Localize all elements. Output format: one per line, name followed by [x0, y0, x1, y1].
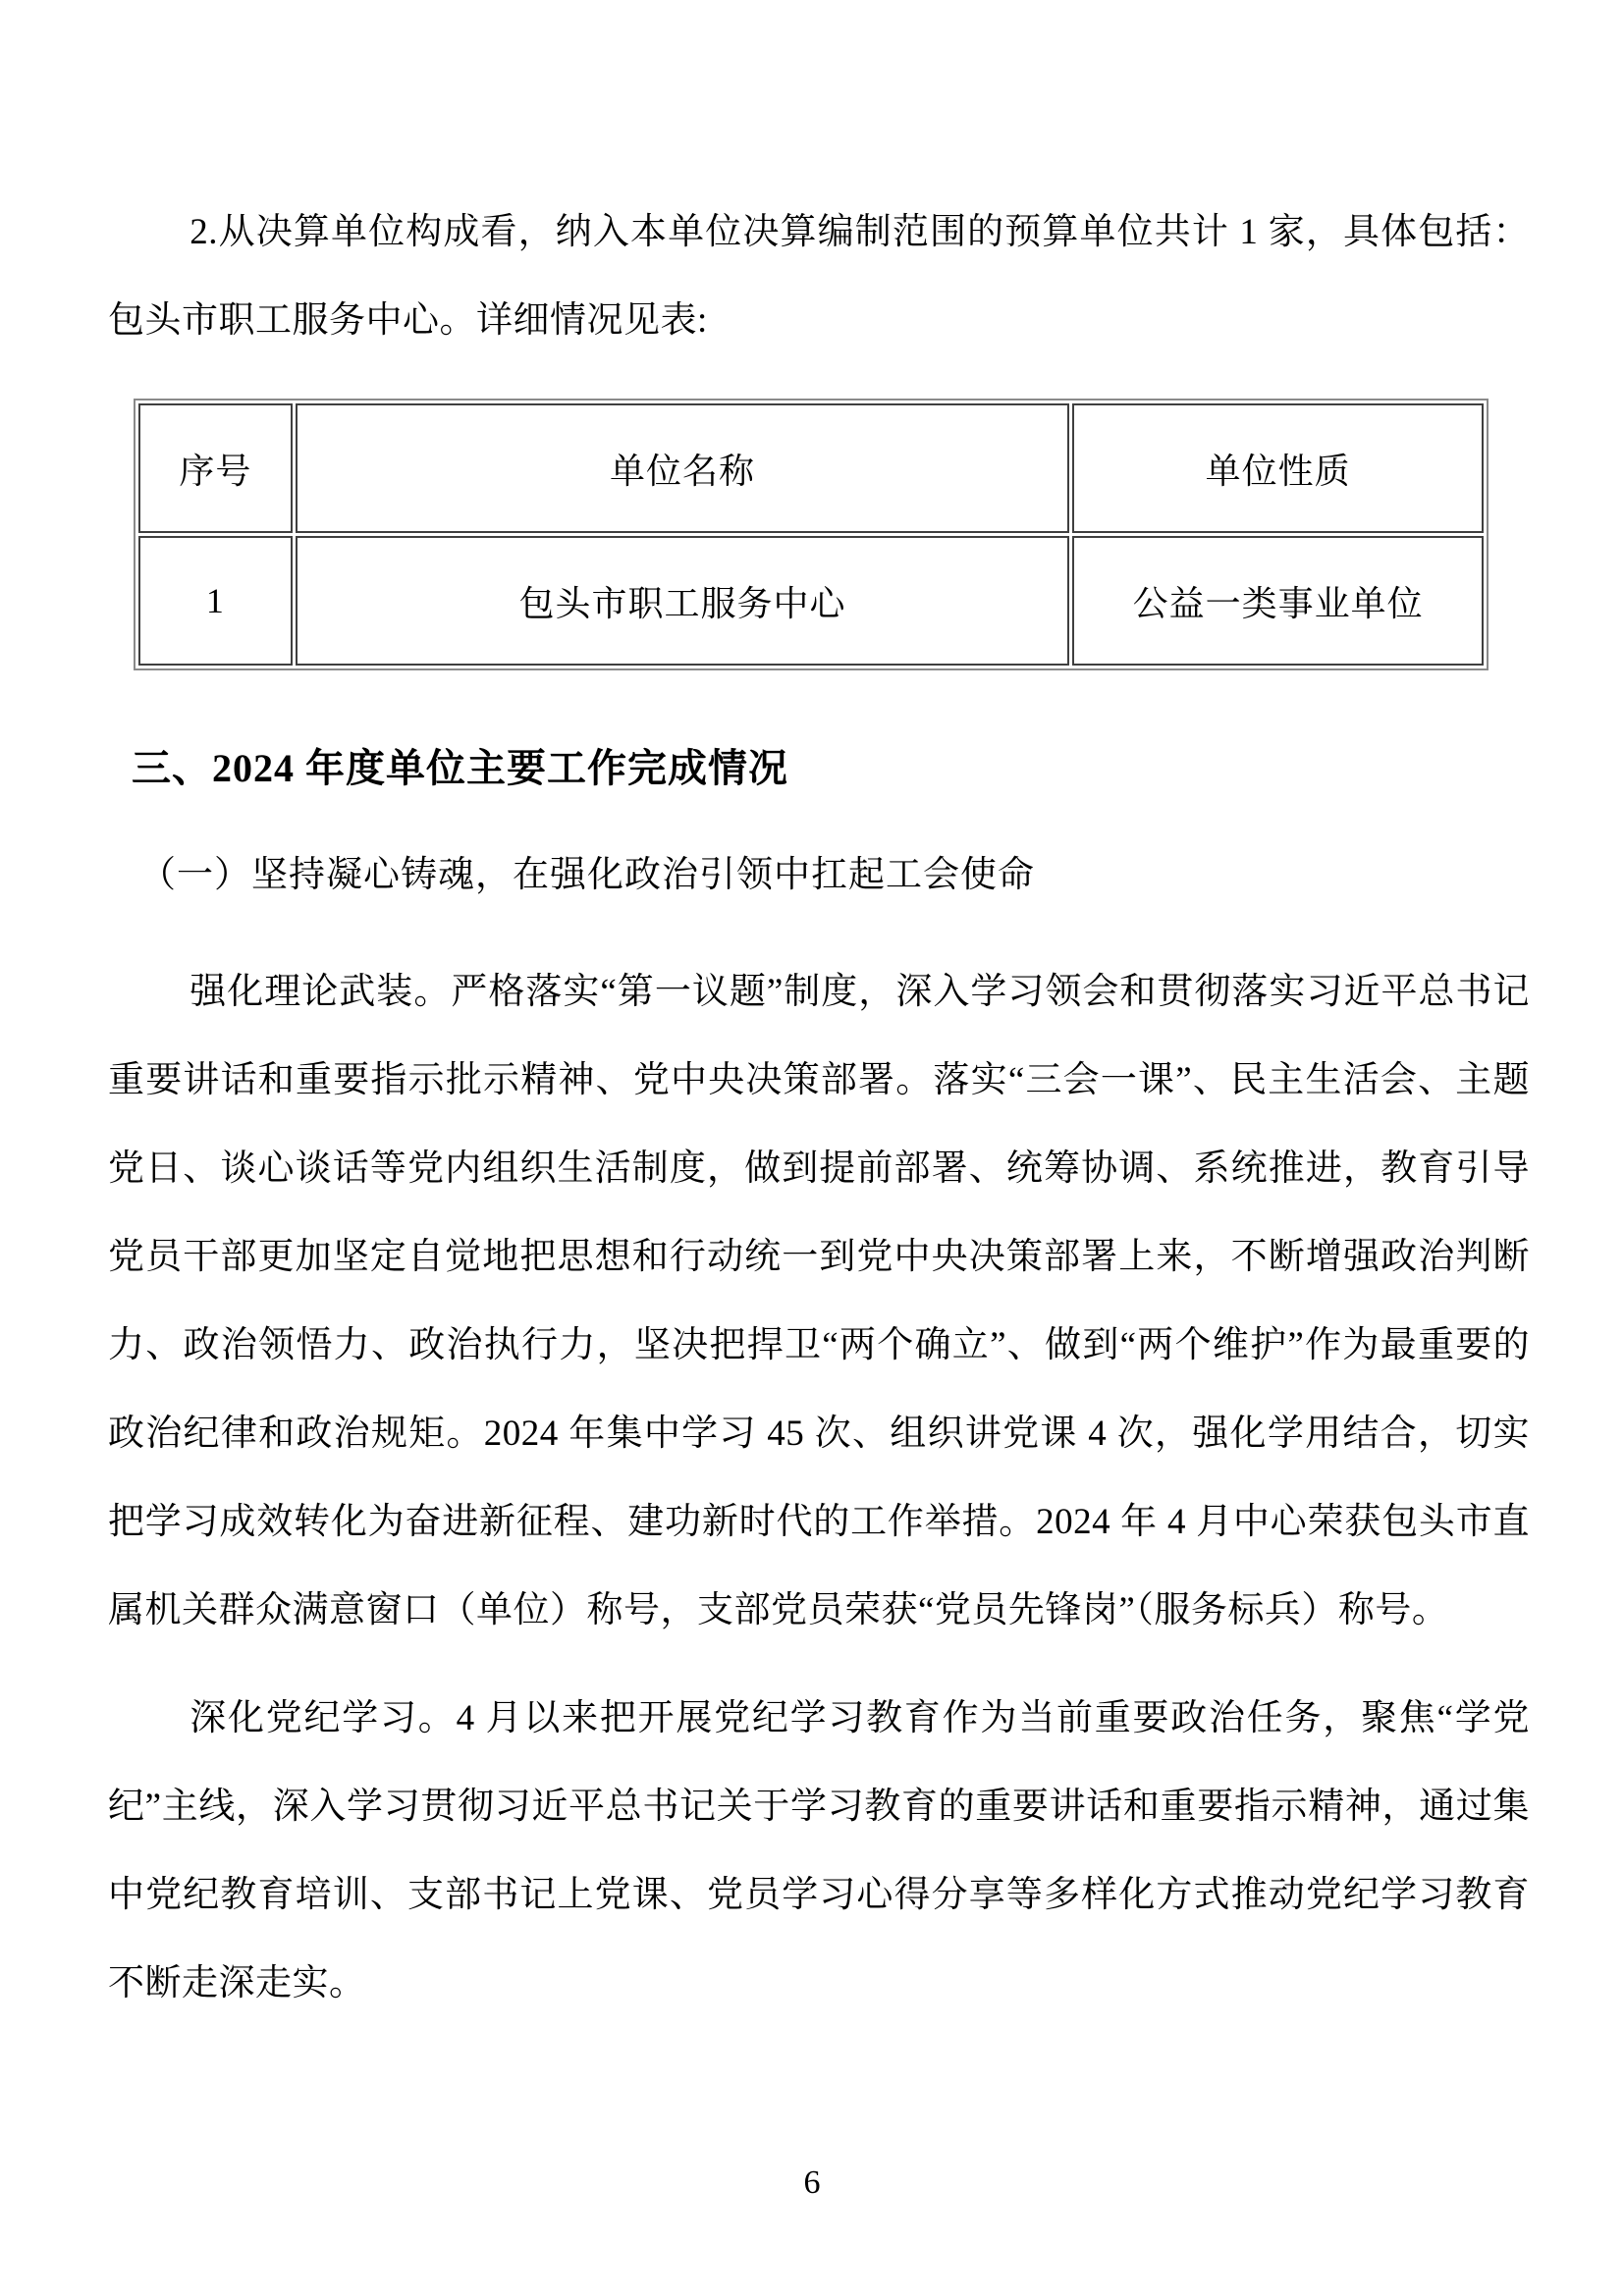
- table-header-unit-type: 单位性质: [1072, 403, 1484, 533]
- page-number: 6: [0, 2164, 1624, 2202]
- table-header-unit-name: 单位名称: [296, 403, 1069, 533]
- units-table: 序号 单位名称 单位性质 1 包头市职工服务中心 公益一类事业单位: [134, 399, 1489, 670]
- table-cell-serial: 1: [138, 536, 293, 666]
- table-cell-unit-name: 包头市职工服务中心: [296, 536, 1069, 666]
- table-header-serial: 序号: [138, 403, 293, 533]
- table-cell-unit-type: 公益一类事业单位: [1072, 536, 1484, 666]
- intro-paragraph: 2.从决算单位构成看，纳入本单位决算编制范围的预算单位共计 1 家，具体包括：包…: [108, 188, 1530, 365]
- sub-heading: （一）坚持凝心铸魂，在强化政治引领中扛起工会使命: [139, 844, 1530, 897]
- paragraph-theory-building: 强化理论武装。严格落实“第一议题”制度，深入学习领会和贯彻落实习近平总书记重要讲…: [108, 948, 1530, 1655]
- section-heading: 三、2024 年度单位主要工作完成情况: [132, 737, 1530, 793]
- table-row: 1 包头市职工服务中心 公益一类事业单位: [138, 536, 1484, 666]
- paragraph-discipline-study: 深化党纪学习。4 月以来把开展党纪学习教育作为当前重要政治任务，聚焦“学党纪”主…: [108, 1675, 1530, 2028]
- document-page: 2.从决算单位构成看，纳入本单位决算编制范围的预算单位共计 1 家，具体包括：包…: [0, 0, 1624, 2296]
- table-header-row: 序号 单位名称 单位性质: [138, 403, 1484, 533]
